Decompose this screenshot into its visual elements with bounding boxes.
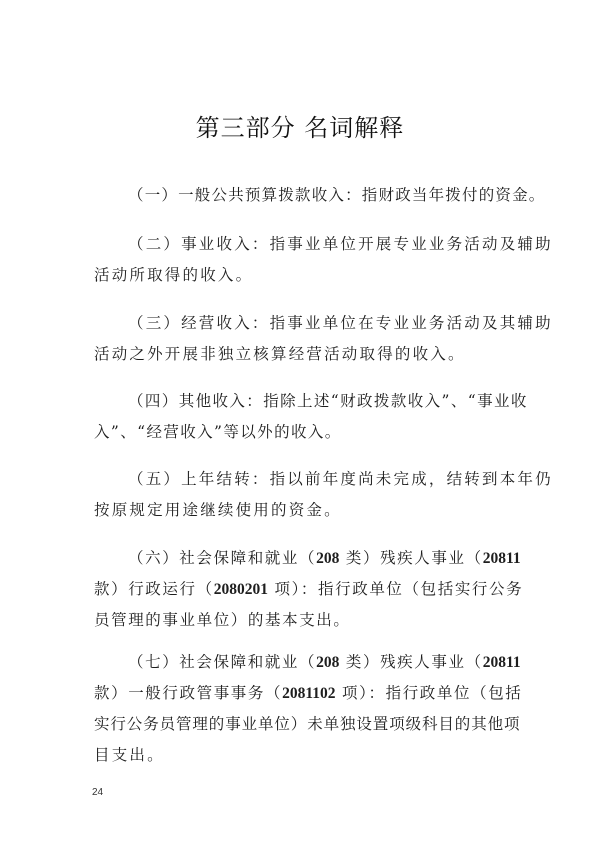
section-code: 20811 [483,654,521,671]
paragraph-3-line-2: 活动之外开展非独立核算经营活动取得的收入。 [94,342,506,364]
paragraph-6-line-1: （六）社会保障和就业（208 类）残疾人事业（20811 [128,546,506,568]
paragraph-3-line-1: （三）经营收入：指事业单位在专业业务活动及其辅助 [128,311,506,333]
paragraph-2-line-2: 活动所取得的收入。 [94,263,506,285]
paragraph-4-line-2: 入”、“经营收入”等以外的收入。 [94,420,506,442]
paragraph-5-line-2: 按原规定用途继续使用的资金。 [94,498,506,520]
category-code: 208 [316,550,339,567]
paragraph-7-line-1: （七）社会保障和就业（208 类）残疾人事业（20811 [128,650,506,672]
text: （七）社会保障和就业（ [128,653,316,671]
paragraph-7-line-3: 实行公务员管理的事业单位）未单独设置项级科目的其他项 [94,712,506,734]
paragraph-7-line-2: 款）一般行政管事事务（2081102 项）：指行政单位（包括 [94,681,506,703]
item-code: 2081102 [282,685,335,702]
text: 类）残疾人事业（ [339,653,482,671]
paragraph-1-line-1: （一）一般公共预算拨款收入：指财政当年拨付的资金。 [128,183,506,205]
text: 款）一般行政管事事务（ [94,684,282,702]
text: （六）社会保障和就业（ [128,549,316,567]
paragraph-7-line-4: 目支出。 [94,743,506,765]
page-title: 第三部分 名词解释 [0,108,600,143]
paragraph-6-line-3: 员管理的事业单位）的基本支出。 [94,608,506,630]
category-code: 208 [316,654,339,671]
document-page: 第三部分 名词解释 （一）一般公共预算拨款收入：指财政当年拨付的资金。 （二）事… [0,0,600,848]
text: 项）：指行政单位（包括实行公务 [268,580,523,598]
paragraph-6-line-2: 款）行政运行（2080201 项）：指行政单位（包括实行公务 [94,577,506,599]
item-code: 2080201 [214,581,268,598]
text: 项）：指行政单位（包括 [336,684,523,702]
page-number: 24 [92,787,103,798]
section-code: 20811 [483,550,521,567]
text: 类）残疾人事业（ [339,549,482,567]
text: 款）行政运行（ [94,580,214,598]
paragraph-2-line-1: （二）事业收入：指事业单位开展专业业务活动及辅助 [128,232,506,254]
paragraph-5-line-1: （五）上年结转：指以前年度尚未完成，结转到本年仍 [128,467,506,489]
paragraph-4-line-1: （四）其他收入：指除上述“财政拨款收入”、“事业收 [128,389,506,411]
